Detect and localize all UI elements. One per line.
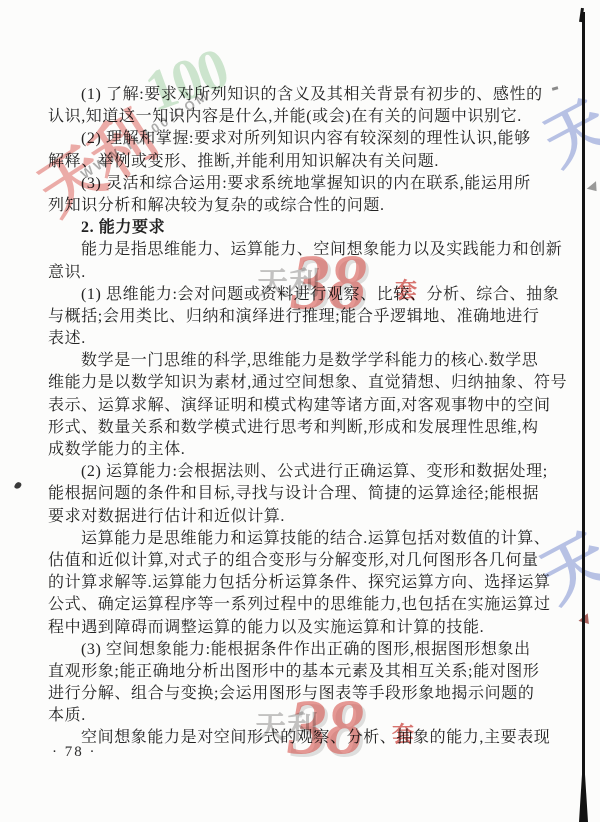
text-line: 能力是指思维能力、运算能力、空间想象能力以及实践能力和创新 bbox=[48, 239, 564, 261]
watermark-arrow-lower bbox=[579, 613, 594, 628]
text-line: 形式、数量关系和数学模式进行思考和判断,形成和发展理性思维,构 bbox=[48, 417, 564, 439]
text-line: (2) 运算能力:会根据法则、公式进行正确运算、变形和数据处理; bbox=[48, 461, 564, 483]
text-line: 2. 能力要求 bbox=[48, 217, 564, 239]
text-line: (1) 思维能力:会对问题或资料进行观察、比较、分析、综合、抽象 bbox=[48, 284, 564, 306]
text-line: 程中遇到障碍而调整运算的能力以及实施运算和计算的技能. bbox=[48, 617, 564, 639]
text-line: 直观形象;能正确地分析出图形中的基本元素及其相互关系;能对图形 bbox=[48, 661, 564, 683]
text-line: 表述. bbox=[48, 328, 564, 350]
page-number: · 78 · bbox=[52, 744, 97, 761]
text-block: (1) 了解:要求对所列知识的含义及其相关背景有初步的、感性的认识,知道这一知识… bbox=[48, 84, 564, 750]
text-line: (3) 空间想象能力:能根据条件作出正确的图形,根据图形想象出 bbox=[48, 639, 564, 661]
scanned-document-page: 天利 100 WWW.TL100.COM 天利 38 套 天利 38 套 天 天… bbox=[0, 0, 600, 822]
scan-edge-line-hook bbox=[579, 8, 584, 22]
text-line: (3) 灵活和综合运用:要求系统地掌握知识的内在联系,能运用所 bbox=[48, 173, 564, 195]
text-line: 公式、确定运算程序等一系列过程中的思维能力,也包括在实施运算过 bbox=[48, 594, 564, 616]
text-line: 空间想象能力是对空间形式的观察、分析、抽象的能力,主要表现 bbox=[48, 727, 564, 749]
text-line: 成数学能力的主体. bbox=[48, 439, 564, 461]
text-line: 数学是一门思维的科学,思维能力是数学学科能力的核心.数学思 bbox=[48, 350, 564, 372]
text-line: 估值和近似计算,对式子的组合变形与分解变形,对几何图形各几何量 bbox=[48, 550, 564, 572]
text-line: 列知识分析和解决较为复杂的或综合性的问题. bbox=[48, 195, 564, 217]
text-line: 能根据问题的条件和目标,寻找与设计合理、简捷的运算途径;能根据 bbox=[48, 483, 564, 505]
text-line: 本质. bbox=[48, 705, 564, 727]
text-line: 运算能力是思维能力和运算技能的结合.运算包括对数值的计算、 bbox=[48, 528, 564, 550]
text-line: 与概括;会用类比、归纳和演绎进行推理;能合乎逻辑地、准确地进行 bbox=[48, 306, 564, 328]
text-line: 意识. bbox=[48, 262, 564, 284]
text-line: 要求对数据进行估计和近似计算. bbox=[48, 506, 564, 528]
scan-speck bbox=[14, 481, 22, 490]
scan-edge-line bbox=[582, 12, 585, 822]
text-line: 的计算求解等.运算能力包括分析运算条件、探究运算方向、选择运算 bbox=[48, 572, 564, 594]
text-line: 解释、举例或变形、推断,并能利用知识解决有关问题. bbox=[48, 151, 564, 173]
text-line: 认识,知道这一知识内容是什么,并能(或会)在有关的问题中识别它. bbox=[48, 106, 564, 128]
watermark-arrow-upper bbox=[587, 181, 600, 195]
text-line: (1) 了解:要求对所列知识的含义及其相关背景有初步的、感性的 bbox=[48, 84, 564, 106]
text-line: 维能力是以数学知识为素材,通过空间想象、直觉猜想、归纳抽象、符号 bbox=[48, 372, 564, 394]
scan-edge-line-flare bbox=[579, 772, 588, 822]
text-line: 进行分解、组合与变换;会运用图形与图表等手段形象地揭示问题的 bbox=[48, 683, 564, 705]
text-line: 表示、运算求解、演绎证明和模式构建等诸方面,对客观事物中的空间 bbox=[48, 395, 564, 417]
text-line: (2) 理解和掌握:要求对所列知识内容有较深刻的理性认识,能够 bbox=[48, 128, 564, 150]
